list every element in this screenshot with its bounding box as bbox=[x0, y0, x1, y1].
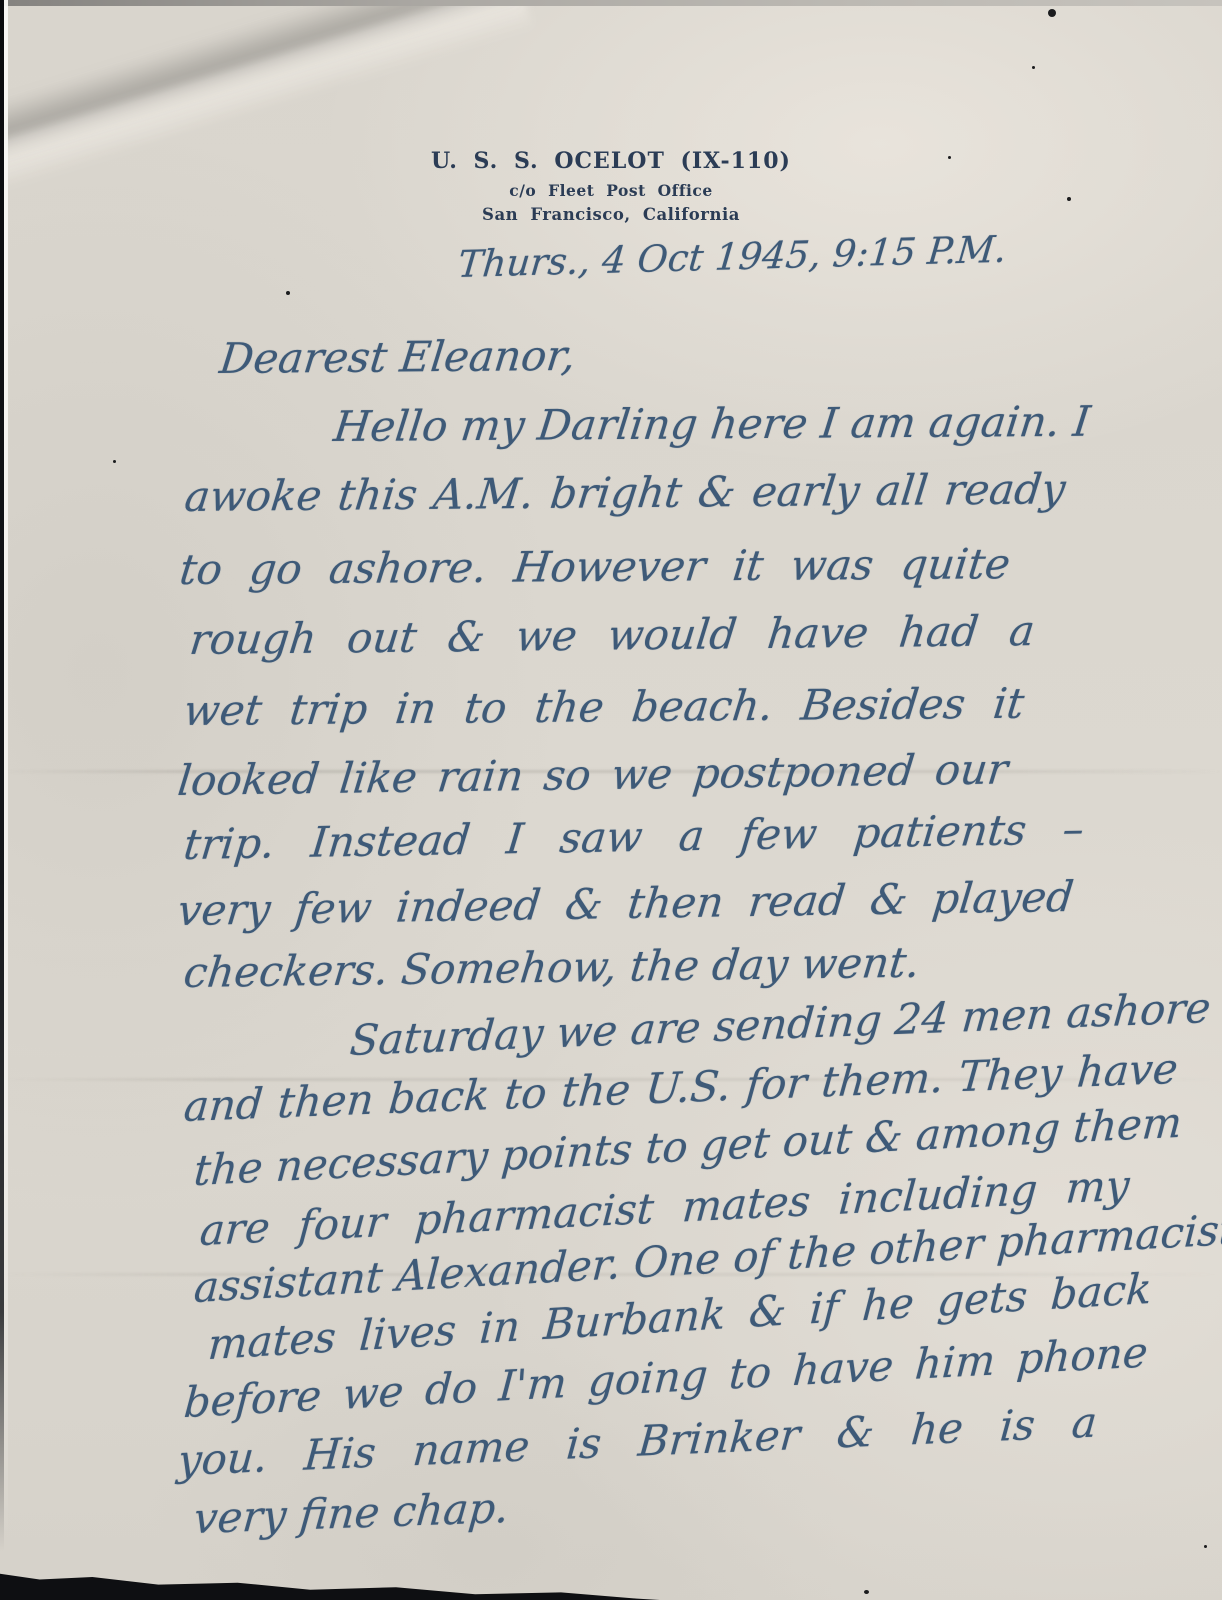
letter-line: awoke this A.M. bright & early all ready bbox=[182, 464, 1068, 522]
salutation: Dearest Eleanor, bbox=[217, 331, 578, 384]
letter-line: very fine chap. bbox=[192, 1483, 511, 1544]
scan-speck bbox=[1048, 9, 1056, 17]
scan-speck bbox=[286, 291, 290, 295]
letter-line: checkers. Somehow, the day went. bbox=[181, 938, 922, 998]
letter-line: wet trip in to the beach. Besides it bbox=[181, 679, 1027, 736]
letterhead-address-line2: San Francisco, California bbox=[0, 205, 1222, 224]
letter-paper: U. S. S. OCELOT (IX-110) c/o Fleet Post … bbox=[0, 0, 1222, 1600]
scan-speck bbox=[948, 156, 951, 159]
letter-line: looked like rain so we postponed our bbox=[175, 744, 1010, 806]
scan-edge-top bbox=[0, 0, 1222, 6]
letter-line: to go ashore. However it was quite bbox=[177, 539, 1013, 595]
scan-speck bbox=[113, 460, 116, 463]
handwritten-date: Thurs., 4 Oct 1945, 9:15 P.M. bbox=[456, 225, 1009, 290]
scan-edge-left-light bbox=[4, 0, 8, 1600]
scan-speck bbox=[1067, 197, 1071, 201]
letterhead-address-line1: c/o Fleet Post Office bbox=[0, 181, 1222, 200]
scan-speck bbox=[864, 1590, 869, 1594]
letter-line: trip. Instead I saw a few patients – bbox=[181, 804, 1086, 870]
letterhead: U. S. S. OCELOT (IX-110) c/o Fleet Post … bbox=[0, 148, 1222, 224]
scan-speck bbox=[1032, 66, 1035, 69]
letter-line: rough out & we would have had a bbox=[187, 606, 1037, 665]
letterhead-ship-name: U. S. S. OCELOT (IX-110) bbox=[0, 148, 1222, 174]
letter-line: Hello my Darling here I am again. I bbox=[331, 397, 1093, 452]
scanned-letter-screenshot: { "letterhead": { "ship": "U. S. S. OCEL… bbox=[0, 0, 1222, 1600]
scan-speck bbox=[1204, 1545, 1207, 1548]
letter-line: very few indeed & then read & played bbox=[175, 872, 1076, 936]
